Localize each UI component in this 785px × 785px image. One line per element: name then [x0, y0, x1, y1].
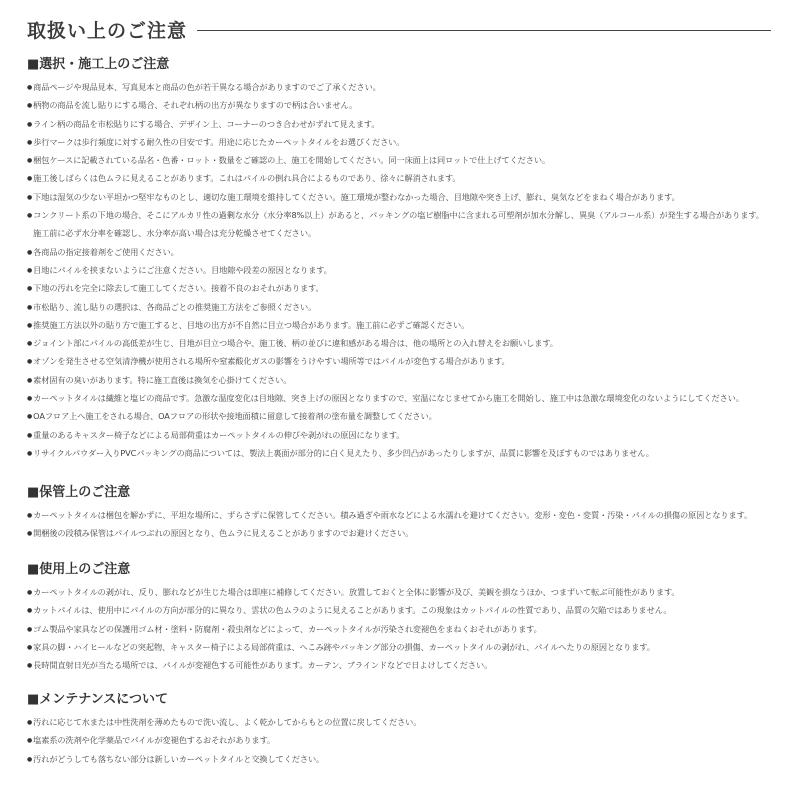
- bullet-icon: ●: [27, 340, 32, 347]
- bullet-icon: ●: [27, 395, 32, 402]
- list-item: ●コンクリート系の下地の場合、そこにアルカリ性の過剰な水分（水分率8%以上）があ…: [27, 206, 777, 224]
- list-item: ●歩行マークは歩行頻度に対する耐久性の目安です。用途に応じたカーペットタイルをお…: [27, 133, 777, 151]
- section-heading: ■使用上のご注意: [27, 561, 777, 579]
- bullet-icon: ●: [27, 285, 32, 292]
- bullet-icon: ●: [27, 267, 32, 274]
- bullet-icon: ●: [27, 719, 32, 726]
- bullet-icon: ●: [27, 102, 32, 109]
- bullet-icon: ●: [27, 512, 32, 519]
- bullet-icon: ●: [27, 84, 32, 91]
- list-item: ●下地の汚れを完全に除去して施工してください。接着不良のおそれがあります。: [27, 279, 777, 297]
- list-item: ●ライン柄の商品を市松貼りにする場合、デザイン上、コーナーのつき合わせがずれて見…: [27, 115, 777, 133]
- list-item: ●ゴム製品や家具などの保護用ゴム材・塗料・防腐剤・殺虫剤などによって、カーペット…: [27, 620, 777, 638]
- list-item: ●梱包ケースに記載されている品名・色番・ロット・数量をご確認の上、施工を開始して…: [27, 151, 777, 169]
- list-item: ●各商品の指定接着剤をご使用ください。: [27, 243, 777, 261]
- section-heading: ■メンテナンスについて: [27, 691, 777, 709]
- bullet-icon: ●: [27, 249, 32, 256]
- section-selection-installation: ■選択・施工上のご注意 ●商品ページや現品見本、写真見本と商品の色が若干異なる場…: [27, 56, 777, 462]
- bullet-icon: ●: [27, 212, 32, 219]
- list-item: ●汚れに応じて水または中性洗剤を薄めたもので洗い流し、よく乾かしてからもとの位置…: [27, 713, 777, 731]
- section-heading: ■保管上のご注意: [27, 484, 777, 502]
- list-item: ●汚れがどうしても落ちない部分は新しいカーペットタイルと交換してください。: [27, 750, 777, 768]
- list-item: ●推奨施工方法以外の貼り方で施工すると、目地の出方が不自然に目立つ場合があります…: [27, 316, 777, 334]
- list-item: ●塩素系の洗剤や化学薬品でパイルが変褪色するおそれがあります。: [27, 731, 777, 749]
- bullet-icon: ●: [27, 157, 32, 164]
- bullet-icon: ●: [27, 644, 32, 651]
- list-item: ●カーペットタイルは繊維と塩ビの商品です。急激な温度変化は目地隙、突き上げの原因…: [27, 389, 777, 407]
- bullet-icon: ●: [27, 377, 32, 384]
- section-usage: ■使用上のご注意 ●カーペットタイルの剥がれ、反り、膨れなどが生じた場合は即座に…: [27, 561, 777, 674]
- list-item: ●開梱後の段積み保管はパイルつぶれの原因となり、色ムラに見えることがありますので…: [27, 524, 777, 542]
- list-item: ●カーペットタイルは梱包を解かずに、平坦な場所に、ずらさずに保管してください。積…: [27, 506, 777, 524]
- list-item: ●素材固有の臭いがあります。特に施工直後は換気を心掛けてください。: [27, 371, 777, 389]
- list-item: ●カーペットタイルの剥がれ、反り、膨れなどが生じた場合は即座に補修してください。…: [27, 583, 777, 601]
- page-title: 取扱い上のご注意: [27, 16, 187, 43]
- care-notes-page: 取扱い上のご注意 ■選択・施工上のご注意 ●商品ページや現品見本、写真見本と商品…: [0, 0, 785, 785]
- list-item: ●家具の脚・ハイヒールなどの突起物、キャスター椅子による局部荷重は、へこみ跡やパ…: [27, 638, 777, 656]
- bullet-icon: ●: [27, 662, 32, 669]
- bullet-icon: ●: [27, 756, 32, 763]
- list-item: ●目地にパイルを挟まないようにご注意ください。目地隙や段差の原因となります。: [27, 261, 777, 279]
- list-item: ●下地は湿気の少ない平坦かつ堅牢なものとし、適切な施工環境を維持してください。施…: [27, 188, 777, 206]
- list-item: ●カットパイルは、使用中にパイルの方向が部分的に異なり、雲状の色ムラのように見え…: [27, 601, 777, 619]
- list-item: ●長時間直射日光が当たる場所では、パイルが変褪色する可能性があります。カーテン、…: [27, 656, 777, 674]
- list-item: ●ジョイント部にパイルの高低差が生じ、目地が目立つ場合や、施工後、柄の並びに違和…: [27, 334, 777, 352]
- bullet-icon: ●: [27, 194, 32, 201]
- bullet-icon: ●: [27, 175, 32, 182]
- bullet-icon: ●: [27, 304, 32, 311]
- section-heading: ■選択・施工上のご注意: [27, 56, 777, 74]
- title-row: 取扱い上のご注意: [27, 14, 771, 44]
- bullet-icon: ●: [27, 626, 32, 633]
- list-item: ●オゾンを発生させる空気清浄機が使用される場所や窒素酸化ガスの影響をうけやすい場…: [27, 352, 777, 370]
- bullet-icon: ●: [27, 121, 32, 128]
- list-item: ●OAフロア上へ施工をされる場合、OAフロアの形状や接地面積に留意して接着剤の塗…: [27, 407, 777, 425]
- list-item: ●施工後しばらくは色ムラに見えることがあります。これはパイルの倒れ具合によるもの…: [27, 169, 777, 187]
- bullet-icon: ●: [27, 607, 32, 614]
- section-maintenance: ■メンテナンスについて ●汚れに応じて水または中性洗剤を薄めたもので洗い流し、よ…: [27, 691, 777, 768]
- list-item: ●リサイクルパウダー入りPVCパッキングの商品については、製法上裏面が部分的に白…: [27, 444, 777, 462]
- bullet-icon: ●: [27, 358, 32, 365]
- title-divider: [197, 30, 771, 31]
- bullet-icon: ●: [27, 589, 32, 596]
- list-item-continuation: 施工前に必ず水分率を確認し、水分率が高い場合は充分乾燥させてください。: [27, 224, 777, 242]
- list-item: ●商品ページや現品見本、写真見本と商品の色が若干異なる場合がありますのでご了承く…: [27, 78, 777, 96]
- bullet-icon: ●: [27, 530, 32, 537]
- bullet-icon: ●: [27, 322, 32, 329]
- bullet-icon: ●: [27, 139, 32, 146]
- bullet-icon: ●: [27, 450, 32, 457]
- bullet-icon: ●: [27, 737, 32, 744]
- section-storage: ■保管上のご注意 ●カーペットタイルは梱包を解かずに、平坦な場所に、ずらさずに保…: [27, 484, 777, 543]
- bullet-icon: ●: [27, 432, 32, 439]
- list-item: ●市松貼り、流し貼りの選択は、各商品ごとの推奨施工方法をご参照ください。: [27, 298, 777, 316]
- bullet-icon: ●: [27, 413, 32, 420]
- list-item: ●重量のあるキャスター椅子などによる局部荷重はカーペットタイルの伸びや剥がれの原…: [27, 426, 777, 444]
- list-item: ●柄物の商品を流し貼りにする場合、それぞれ柄の出方が異なりますので柄は合いません…: [27, 96, 777, 114]
